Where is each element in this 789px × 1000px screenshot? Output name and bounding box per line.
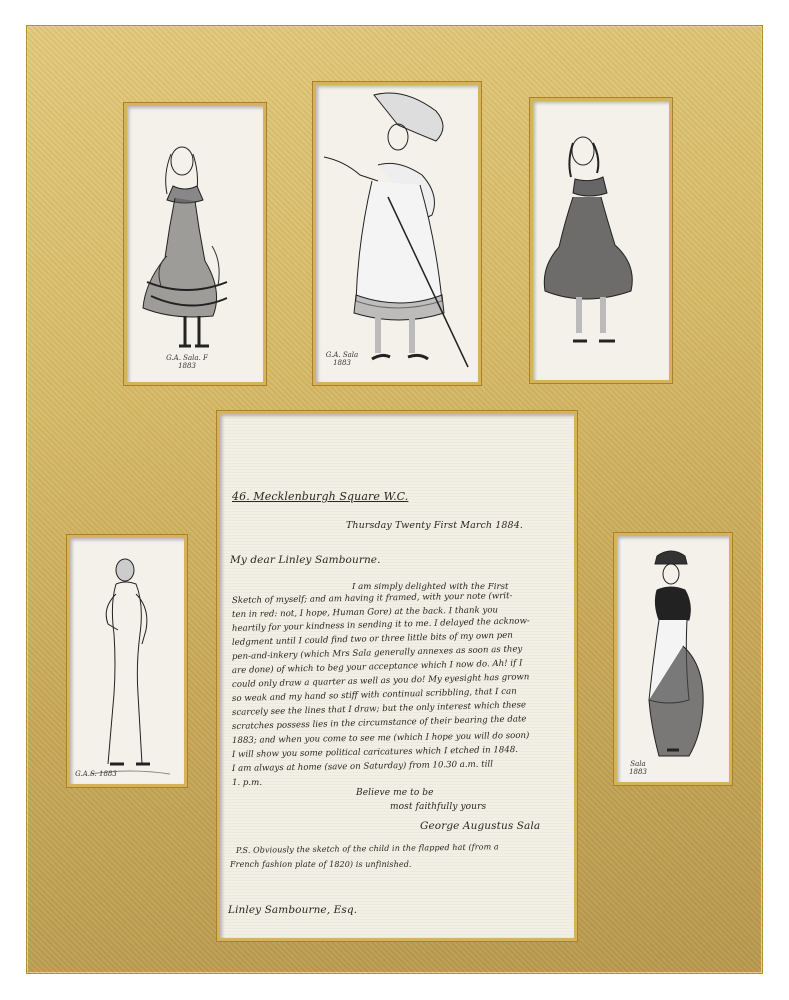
letter-salutation: My dear Linley Sambourne.	[230, 554, 381, 566]
letter-body-line: I am simply delighted with the First	[352, 582, 508, 592]
signature-year: 1883	[99, 770, 117, 778]
sketch-window-top-right	[533, 101, 669, 380]
signature-year: 1883	[178, 362, 196, 370]
signature-text: G.A.S.	[75, 770, 97, 778]
sketch-window-top-center: G.A. Sala 1883	[316, 85, 478, 382]
letter-signature: George Augustus Sala	[420, 820, 540, 832]
girl-short-dress-sketch	[533, 101, 669, 380]
lady-bustle-gown-sketch	[617, 536, 729, 782]
sketch-signature: G.A. Sala 1883	[322, 351, 362, 368]
sketch-signature: G.A.S. 1883	[74, 770, 118, 778]
signature-year: 1883	[333, 359, 351, 367]
signature-text: G.A. Sala	[326, 351, 358, 359]
letter-addressee: Linley Sambourne, Esq.	[228, 904, 357, 916]
letter-closing: most faithfully yours	[390, 802, 486, 812]
letter-closing: Believe me to be	[356, 788, 434, 798]
signature-text: Sala	[630, 760, 645, 768]
child-flapped-hat-sketch	[316, 85, 478, 382]
letter-postscript: French fashion plate of 1820) is unfinis…	[230, 860, 412, 869]
signature-text: G.A. Sala. F	[166, 354, 208, 362]
letter-window: 46. Mecklenburgh Square W.C. Thursday Tw…	[220, 414, 574, 938]
signature-year: 1883	[629, 768, 647, 776]
letter-date: Thursday Twenty First March 1884.	[346, 520, 523, 531]
letter-body-line: 1. p.m.	[232, 778, 262, 788]
girl-ruffled-dress-sketch	[127, 106, 263, 382]
sketch-window-bottom-right: Sala 1883	[617, 536, 729, 782]
sketch-signature: G.A. Sala. F 1883	[157, 354, 217, 371]
letter-address: 46. Mecklenburgh Square W.C.	[232, 490, 408, 503]
standing-male-figure-sketch	[70, 538, 184, 784]
sketch-window-bottom-left: G.A.S. 1883	[70, 538, 184, 784]
sketch-signature: Sala 1883	[623, 760, 653, 777]
sketch-window-top-left: G.A. Sala. F 1883	[127, 106, 263, 382]
